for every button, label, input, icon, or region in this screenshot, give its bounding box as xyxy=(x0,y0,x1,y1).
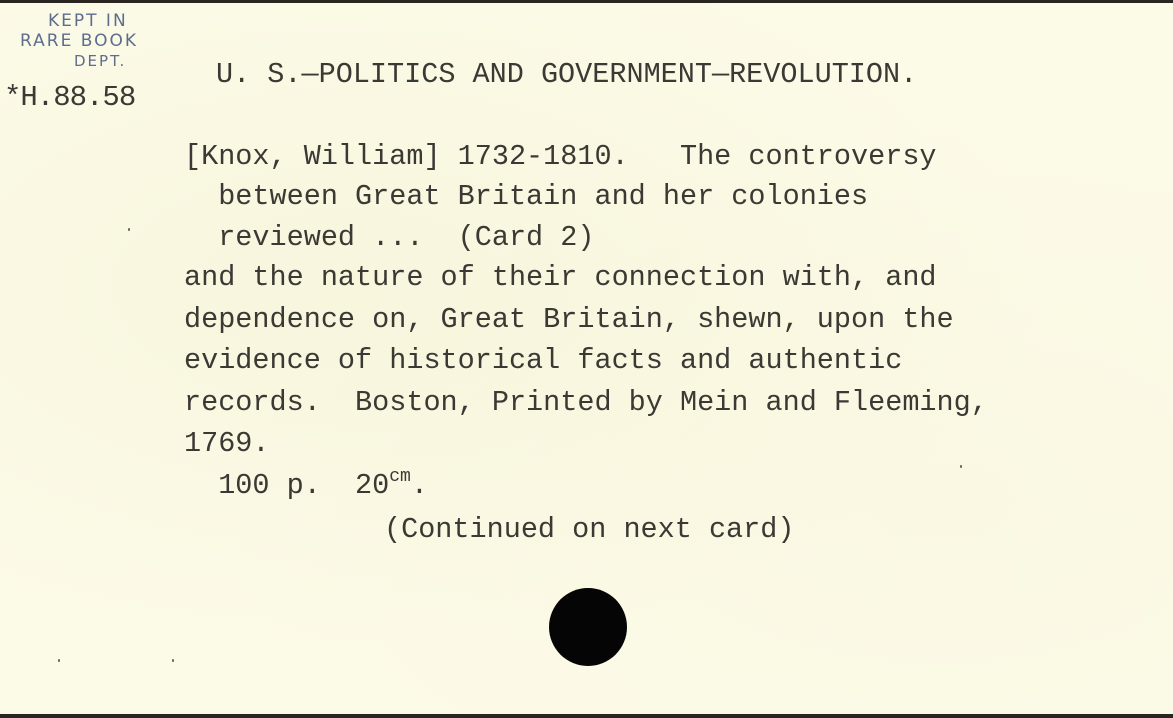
entry-line: evidence of historical facts and authent… xyxy=(184,344,902,377)
size-unit: cm xyxy=(389,467,411,487)
speck xyxy=(960,465,962,468)
subject-heading: U. S.—POLITICS AND GOVERNMENT—REVOLUTION… xyxy=(216,58,917,91)
stamp-line-3: Dept. xyxy=(14,51,138,71)
call-number: *H.88.58 xyxy=(4,81,135,114)
entry-line: records. Boston, Printed by Mein and Fle… xyxy=(184,386,988,419)
speck xyxy=(128,228,130,231)
stamp-line-1: Kept In xyxy=(14,11,138,31)
collation-pages: 100 p. 20 xyxy=(184,469,389,502)
entry-line: between Great Britain and her colonies xyxy=(184,180,868,213)
punch-hole xyxy=(549,588,627,666)
speck xyxy=(58,659,60,662)
continuation-note: (Continued on next card) xyxy=(184,513,794,546)
entry-line: and the nature of their connection with,… xyxy=(184,261,937,294)
rare-book-stamp: Kept In Rare Book Dept. xyxy=(14,11,138,71)
entry-line: [Knox, William] 1732-1810. The controver… xyxy=(184,140,937,173)
entry-line: dependence on, Great Britain, shewn, upo… xyxy=(184,303,954,336)
size-end: . xyxy=(411,469,428,502)
entry-line: 1769. xyxy=(184,427,270,460)
collation-line: 100 p. 20cm. xyxy=(184,469,428,502)
catalog-card: Kept In Rare Book Dept. *H.88.58 U. S.—P… xyxy=(0,0,1173,718)
speck xyxy=(172,659,174,662)
entry-line: reviewed ... (Card 2) xyxy=(184,221,594,254)
continuation-text: (Continued on next card) xyxy=(184,513,794,546)
stamp-line-2: Rare Book xyxy=(14,31,138,51)
